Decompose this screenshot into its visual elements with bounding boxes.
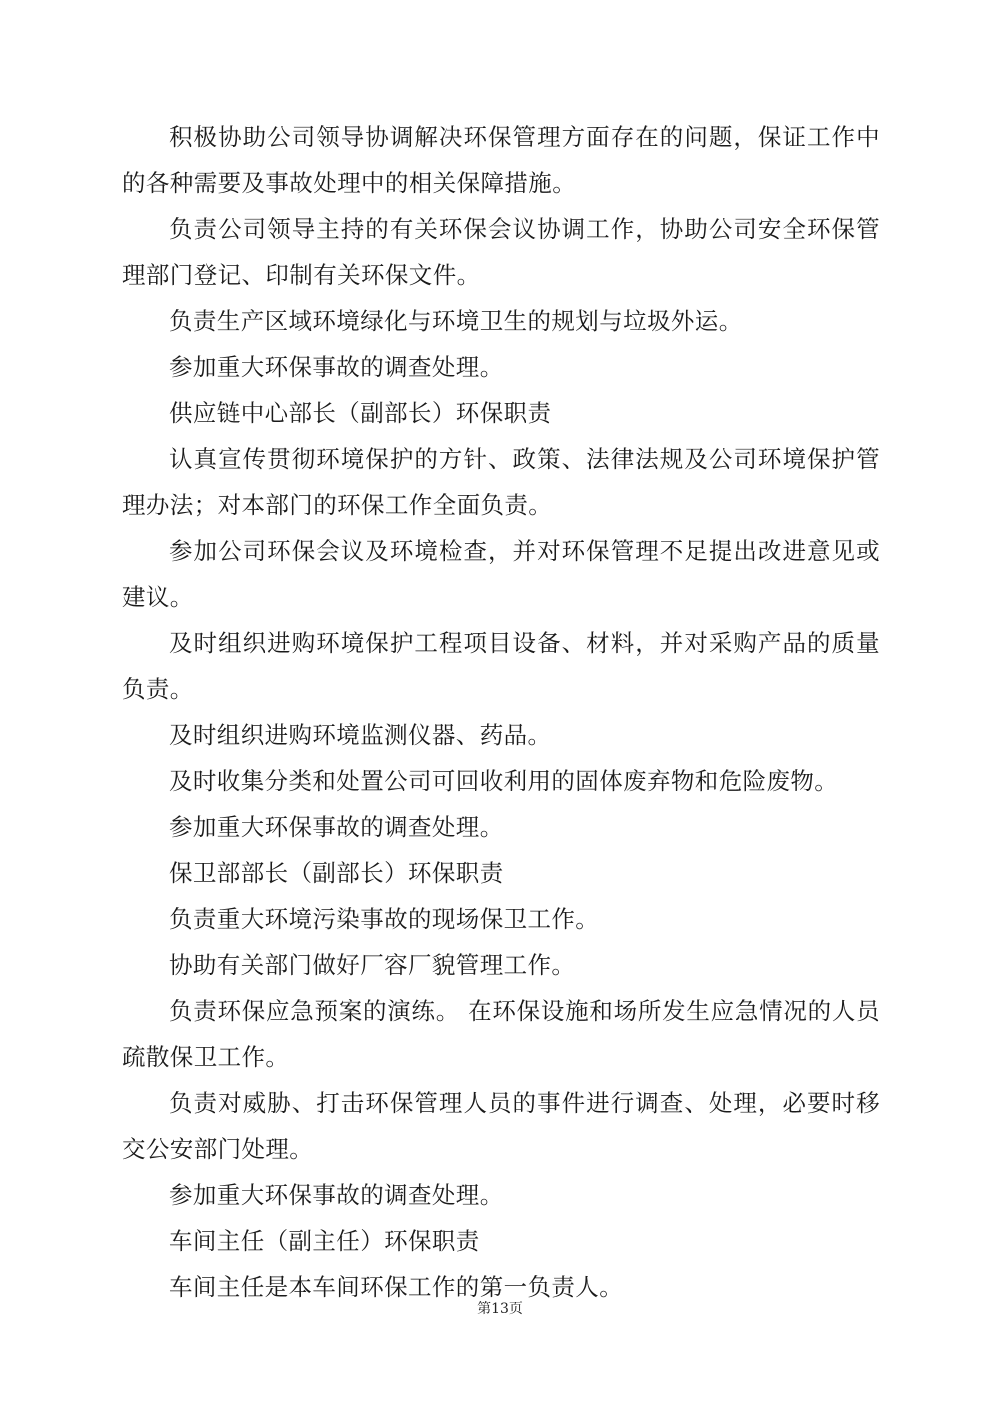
paragraph: 及时收集分类和处置公司可回收利用的固体废弃物和危险废物。 xyxy=(122,758,880,804)
paragraph: 及时组织进购环境保护工程项目设备、材料，并对采购产品的质量负责。 xyxy=(122,620,880,712)
paragraph: 参加重大环保事故的调查处理。 xyxy=(122,804,880,850)
paragraph: 负责对威胁、打击环保管理人员的事件进行调查、处理，必要时移交公安部门处理。 xyxy=(122,1080,880,1172)
paragraph: 认真宣传贯彻环境保护的方针、政策、法律法规及公司环境保护管理办法；对本部门的环保… xyxy=(122,436,880,528)
paragraph: 负责公司领导主持的有关环保会议协调工作，协助公司安全环保管理部门登记、印制有关环… xyxy=(122,206,880,298)
paragraph: 及时组织进购环境监测仪器、药品。 xyxy=(122,712,880,758)
paragraph: 积极协助公司领导协调解决环保管理方面存在的问题，保证工作中的各种需要及事故处理中… xyxy=(122,114,880,206)
section-heading: 车间主任（副主任）环保职责 xyxy=(122,1218,880,1264)
page-number: 第13页 xyxy=(0,1298,1000,1318)
section-heading: 供应链中心部长（副部长）环保职责 xyxy=(122,390,880,436)
document-body: 积极协助公司领导协调解决环保管理方面存在的问题，保证工作中的各种需要及事故处理中… xyxy=(122,114,880,1310)
paragraph: 参加重大环保事故的调查处理。 xyxy=(122,344,880,390)
paragraph: 协助有关部门做好厂容厂貌管理工作。 xyxy=(122,942,880,988)
paragraph: 负责生产区域环境绿化与环境卫生的规划与垃圾外运。 xyxy=(122,298,880,344)
paragraph: 参加重大环保事故的调查处理。 xyxy=(122,1172,880,1218)
paragraph: 负责环保应急预案的演练。 在环保设施和场所发生应急情况的人员疏散保卫工作。 xyxy=(122,988,880,1080)
paragraph: 参加公司环保会议及环境检查，并对环保管理不足提出改进意见或建议。 xyxy=(122,528,880,620)
section-heading: 保卫部部长（副部长）环保职责 xyxy=(122,850,880,896)
paragraph: 负责重大环境污染事故的现场保卫工作。 xyxy=(122,896,880,942)
